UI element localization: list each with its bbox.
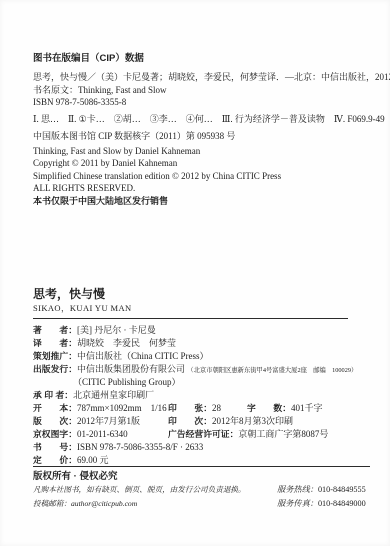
cip-original-title-line: 书名原文：Thinking, Fast and Slow — [33, 84, 372, 97]
title-block: 思考，快与慢 SIKAO，KUAI YU MAN — [33, 287, 348, 319]
format-value: 787mm×1092mm 1/16 — [77, 403, 167, 413]
cip-isbn-line: ISBN 978-7-5086-3355-8 — [33, 96, 372, 109]
publisher-label: 出版发行： — [33, 364, 77, 374]
edition-label: 版 次： — [33, 416, 77, 426]
publisher-en-value: （CITIC Publishing Group） — [73, 377, 181, 387]
cip-title-line: 思考，快与慢／（美）卡尼曼著；胡晓姣，李爱民，何梦莹译．—北京：中信出版社，20… — [33, 71, 372, 84]
impression-value: 2012年8月第3次印刷 — [212, 416, 293, 426]
edition-row: 版 次：2012年7月第1版 印 次：2012年8月第3次印刷 — [33, 415, 372, 428]
format-row: 开 本：787mm×1092mm 1/16 印 张：28 字 数：401千字 — [33, 402, 372, 415]
printer-label: 承 印 者： — [33, 390, 73, 400]
book-title: 思考，快与慢 — [33, 287, 348, 302]
license-row: 京权图字：01-2011-6340 广告经营许可证：京朝工商广字第8087号 — [33, 428, 372, 441]
printer-value: 北京通州皇家印刷厂 — [73, 390, 154, 400]
translator-value: 胡晓姣 李爱民 何梦莹 — [77, 338, 176, 348]
copyright-block: Thinking, Fast and Slow by Daniel Kahnem… — [33, 145, 372, 207]
sheets-value: 28 — [212, 403, 221, 413]
book-copyright-page: 图书在版编目（CIP）数据 思考，快与慢／（美）卡尼曼著；胡晓姣，李爱民，何梦莹… — [0, 0, 390, 546]
sheets-label: 印 张： — [168, 403, 212, 413]
book-number-value: ISBN 978-7-5086-3355-8/F · 2633 — [77, 442, 203, 452]
publisher-address: （北京市朝阳区惠新东街甲4号富盛大厦2座 邮编 100029） — [187, 367, 357, 374]
publisher-row: 出版发行：中信出版集团股份有限公司 （北京市朝阳区惠新东街甲4号富盛大厦2座 邮… — [33, 363, 372, 376]
author-row: 著 者：[美] 丹尼尔 · 卡尼曼 — [33, 324, 372, 337]
publisher-value: 中信出版集团股份有限公司 — [77, 364, 185, 374]
colophon-block: 著 者：[美] 丹尼尔 · 卡尼曼 译 者：胡晓姣 李爱民 何梦莹 策划推广：中… — [33, 324, 372, 466]
return-policy: 凡购本社图书，如有缺页、倒页、脱页，由发行公司负责退换。 — [33, 483, 246, 497]
copyright-line: ALL RIGHTS RESERVED. — [33, 182, 372, 194]
book-title-pinyin: SIKAO，KUAI YU MAN — [33, 302, 348, 315]
format-label: 开 本： — [33, 403, 77, 413]
fax-number: 010-84849000 — [318, 499, 366, 508]
book-number-row: 书 号：ISBN 978-7-5086-3355-8/F · 2633 — [33, 441, 372, 454]
author-label: 著 者： — [33, 325, 77, 335]
translator-row: 译 者：胡晓姣 李爱民 何梦莹 — [33, 337, 372, 350]
hotline-label: 服务热线： — [277, 485, 318, 494]
cip-registry-line: 中国版本图书馆 CIP 数据核字（2011）第 095938 号 — [33, 130, 372, 143]
ad-license-label: 广告经营许可证： — [168, 429, 238, 439]
copyright-line: Thinking, Fast and Slow by Daniel Kahnem… — [33, 145, 372, 157]
footer-block: 版权所有 · 侵权必究 凡购本社图书，如有缺页、倒页、脱页，由发行公司负责退换。… — [33, 466, 370, 511]
book-number-label: 书 号： — [33, 442, 77, 452]
ad-license-value: 京朝工商广字第8087号 — [238, 429, 328, 439]
words-value: 401千字 — [291, 403, 323, 413]
price-label: 定 价： — [33, 455, 77, 465]
copyright-notice: 版权所有 · 侵权必究 — [33, 470, 370, 483]
author-value: [美] 丹尼尔 · 卡尼曼 — [77, 325, 156, 335]
planning-label: 策划推广： — [33, 351, 77, 361]
translator-label: 译 者： — [33, 338, 77, 348]
edition-value: 2012年7月第1版 — [77, 416, 140, 426]
distribution-restriction: 本书仅限于中国大陆地区发行销售 — [33, 195, 372, 207]
fax-label: 服务传真： — [277, 499, 318, 508]
words-label: 字 数： — [247, 403, 291, 413]
cip-classification-line: Ⅰ. 思… Ⅱ. ①卡… ②胡… ③李… ④何… Ⅲ. 行为经济学－普及读物 Ⅳ… — [33, 113, 372, 126]
footer-row-1: 凡购本社图书，如有缺页、倒页、脱页，由发行公司负责退换。 服务热线：010-84… — [33, 483, 370, 497]
planning-row: 策划推广：中信出版社（China CITIC Press） — [33, 350, 372, 363]
price-value: 69.00 元 — [77, 455, 109, 465]
impression-label: 印 次： — [168, 416, 212, 426]
footer-row-2: 投稿邮箱：author@citicpub.com 服务传真：010-848490… — [33, 497, 370, 511]
license-value: 01-2011-6340 — [77, 429, 128, 439]
submission-label: 投稿邮箱： — [33, 499, 71, 508]
cip-header: 图书在版编目（CIP）数据 — [33, 50, 372, 64]
publisher-en-row: （CITIC Publishing Group） — [33, 376, 372, 389]
copyright-line: Simplified Chinese translation edition ©… — [33, 170, 372, 182]
license-label: 京权图字： — [33, 429, 77, 439]
cip-block: 图书在版编目（CIP）数据 思考，快与慢／（美）卡尼曼著；胡晓姣，李爱民，何梦莹… — [33, 50, 372, 143]
hotline-number: 010-84849555 — [318, 485, 366, 494]
planning-value: 中信出版社（China CITIC Press） — [77, 351, 209, 361]
printer-row: 承 印 者：北京通州皇家印刷厂 — [33, 389, 372, 402]
submission-email: author@citicpub.com — [71, 499, 137, 508]
copyright-line: Copyright © 2011 by Daniel Kahneman — [33, 157, 372, 169]
